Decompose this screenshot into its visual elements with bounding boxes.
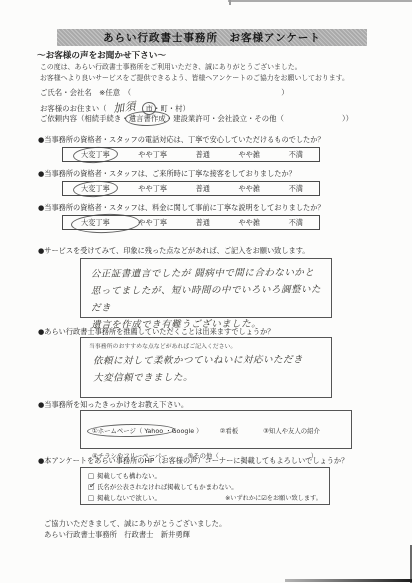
checkbox-unchecked: □ [88,493,97,504]
handwritten-line: 依頼に対して柔軟かつていねいに対応いただき [93,351,323,370]
intro-line: この度は、あらい行政書士事務所をご利用いただき、誠にありがとうございました。 [40,62,349,73]
footer-thanks: ご協力いただきまして、誠にありがとうございました。 [44,519,226,529]
intro-line: お客様へより良いサービスをご提供できるよう、皆様へアンケートのご協力をお願いして… [40,73,349,84]
handwritten-line: 思ってましたが、短い時間の中でいろいろ調整いただき [91,281,321,317]
page-title: あらい行政書士事務所 お客様アンケート [103,30,321,45]
rating-option-selected: 大変丁寧 [81,150,110,160]
rating-option: 不満 [289,218,303,228]
residence-label: お客様のお住まい（ [40,104,107,113]
footer-signature: あらい行政書士事務所 行政書士 新井勇輝 [44,530,190,540]
title-band: あらい行政書士事務所 お客様アンケート [57,29,367,46]
intro-text: この度は、あらい行政書士事務所をご利用いただき、誠にありがとうございました。 お… [40,62,349,84]
handwritten-checkmark: ✓ [88,479,96,491]
rating-option: やや丁寧 [138,150,167,160]
scan-artifact-bottom-edge [285,579,412,582]
publish-option-row: □掲載しないで欲しい。 ※いずれかに☑をお願い致します。 [88,493,322,504]
question-impression: ●サービスを受けてみて、印象に残った点などがあれば、ご記入をお願い致します。 [38,246,310,256]
scanned-survey-sheet: あらい行政書士事務所 お客様アンケート 〜お客様の声をお聞かせ下さい〜 この度は… [0,0,412,583]
source-option-homepage-circled: ①ホームページ（ Yahoo ・ [92,426,172,435]
rating-option: 普通 [196,184,210,194]
rating-option: やや丁寧 [138,184,167,194]
checkbox-glyph: □ [88,494,94,502]
rating-option: やや雑 [238,218,260,228]
publish-option-with-box: □掲載しないで欲しい。 [88,493,161,504]
question-reception: ●当事務所の資格者・スタッフは、ご来所時に丁寧な接客をしておりましたか？ [38,169,296,179]
name-field-close-paren: ） [281,88,288,97]
survey-subtitle: 〜お客様の声をお聞かせ下さい〜 [37,49,166,61]
handwritten-line: 公正証書遺言でしたが 闘病中で間に合わないかと [91,264,321,283]
source-options-box: ①ホームページ（ Yahoo ・Google ）②看板③知人や友人の紹介 ④チラ… [80,410,352,449]
publish-note: ※いずれかに☑をお願い致します。 [225,493,322,504]
impression-comment-box: 公正証書遺言でしたが 闘病中で間に合わないかと 思ってましたが、短い時間の中でい… [80,258,332,318]
request-label: ご依頼内容（相続手続き・ [40,114,129,123]
handwritten-circle-annotation: 遺言書作成 [129,114,166,123]
question-fee-explanation: ●当事務所の資格者・スタッフは、料金に関して事前に丁寧な説明をしておりましたか？ [38,203,325,213]
handwritten-line: 大変信頼できました。 [93,368,323,387]
rating-option: 普通 [196,150,210,160]
request-close-paren: ）） [342,114,353,123]
rating-option: 不満 [289,184,303,194]
source-option-signboard: ②看板 [220,427,239,435]
handwritten-circle-annotation: ①ホームページ（ Yahoo ・ [92,427,172,435]
name-field-row: ご氏名・会社名 ※任意 （） [40,87,289,98]
rating-scale-phone: 大変丁寧 やや丁寧 普通 やや雑 不満 [62,147,320,162]
rating-option: 普通 [196,218,210,228]
source-options-row-1: ①ホームページ（ Yahoo ・Google ）②看板③知人や友人の紹介 [92,418,342,437]
publish-option-label: 掲載しても構わない。 [97,472,161,480]
request-rest: ・建設業許可・会社設立・その他（ [166,114,284,123]
checkbox-checked: □✓ [88,482,97,493]
question-source: ●当事務所を知ったきっかけをお教え下さい。 [38,400,188,410]
rating-scale-reception: 大変丁寧 やや丁寧 普通 やや雑 不満 [62,181,320,196]
publish-option-row: □✓氏名が公表されなければ掲載してもかまわない。 [88,482,322,493]
handwritten-comment: 依頼に対して柔軟かつていねいに対応いただき 大変信頼できました。 [93,351,323,387]
request-type-row: ご依頼内容（相続手続き・遺言書作成・建設業許可・会社設立・その他（）） [40,113,353,124]
question-phone-response: ●当事務所の資格者・スタッフの電話対応は、丁寧で安心していただけるものでしたか？ [38,135,325,145]
source-option-homepage-rest: Google ） [172,427,203,435]
source-option-referral: ③知人や友人の紹介 [263,427,320,435]
publish-option-label: 掲載しないで欲しい。 [97,494,161,502]
question-recommend: ●あらい行政書士事務所を推薦していただくことは出来ますでしょうか？ [38,327,275,337]
handwritten-comment: 公正証書遺言でしたが 闘病中で間に合わないかと 思ってましたが、短い時間の中でい… [91,264,321,334]
request-circled-option: 遺言書作成 [129,113,166,124]
recommend-comment-box: 当事務所のおすすめな点などがあればご記入ください。 依頼に対して柔軟かつていねい… [80,337,332,398]
publish-options-box: □掲載しても構わない。 □✓氏名が公表されなければ掲載してもかまわない。 □掲載… [80,467,330,505]
rating-option: やや雑 [238,150,260,160]
name-field-label: ご氏名・会社名 ※任意 （ [40,88,131,97]
scan-artifact-top [228,0,412,2]
rating-option: やや丁寧 [138,218,167,228]
rating-option: やや雑 [238,184,260,194]
question-publish: ●本アンケートをあらい事務所のHP（お客様の声）コーナーに掲載してもよろしいでし… [38,456,348,466]
publish-option-label: 氏名が公表されなければ掲載してもかまわない。 [97,483,238,491]
rating-option-selected: 大変丁寧 [81,218,110,228]
comment-box-hint: 当事務所のおすすめな点などがあればご記入ください。 [89,341,323,350]
rating-scale-fee: 大変丁寧 やや丁寧 普通 やや雑 不満 [62,215,320,230]
rating-option-selected: 大変丁寧 [81,184,110,194]
publish-option-row: □掲載しても構わない。 [88,471,322,482]
scan-artifact-tick [229,0,231,5]
rating-option: 不満 [289,150,303,160]
